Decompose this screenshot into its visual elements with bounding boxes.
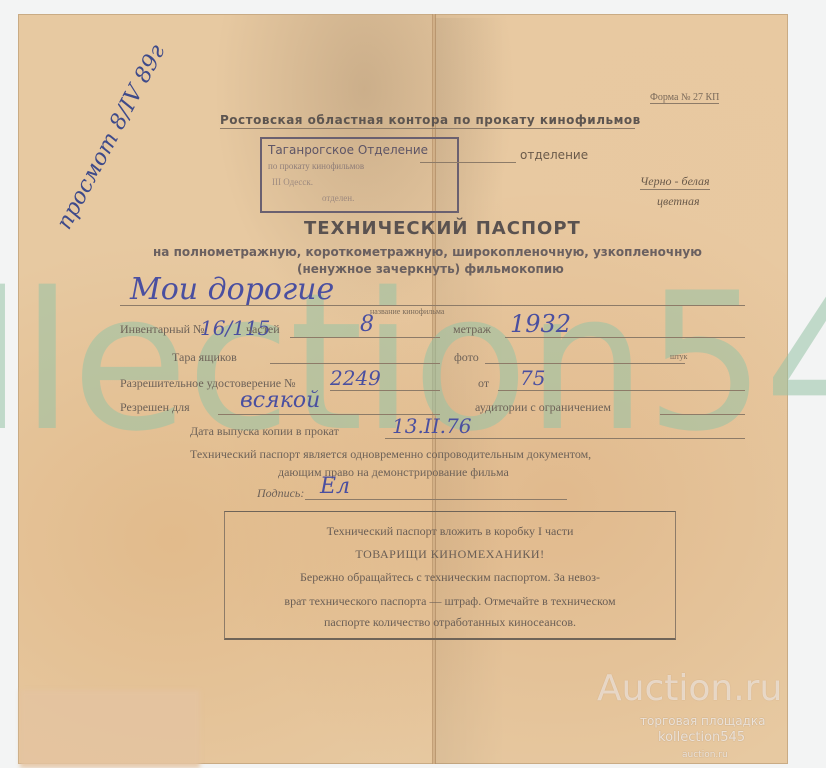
- office-stamp: Таганрогское Отделение по прокату кинофи…: [260, 137, 459, 213]
- footage-value: 1932: [510, 310, 571, 338]
- watermark-site: auction.ru: [682, 750, 728, 760]
- branch-label: отделение: [520, 148, 588, 162]
- signature-label: Подпись:: [257, 486, 304, 501]
- allowed-for-label: Резрешен для: [120, 400, 190, 415]
- release-date-value: 13.II.76: [392, 414, 471, 438]
- boxes-label: Тара ящиков: [172, 350, 237, 365]
- permit-from-value: 75: [520, 366, 545, 390]
- watermark-tagline: торговая площадка: [640, 714, 765, 728]
- organization-header: Ростовская областная контора по прокату …: [220, 113, 641, 127]
- notice-line2: ТОВАРИЩИ КИНОМЕХАНИКИ!: [225, 547, 675, 562]
- signature-value: Ел: [320, 474, 350, 499]
- form-number: Форма № 27 КП: [650, 92, 719, 104]
- document-title: ТЕХНИЧЕСКИЙ ПАСПОРТ: [304, 218, 581, 239]
- watermark-seller: kollection545: [658, 730, 745, 745]
- note-line2: дающим право на демонстрирование фильма: [278, 465, 509, 480]
- inventory-label: Инвентарный №: [120, 322, 205, 337]
- black-white-option: Черно - белая: [640, 174, 710, 190]
- film-title-value: Мои дорогие: [130, 272, 334, 307]
- color-option: цветная: [657, 194, 700, 209]
- notice-line1: Технический паспорт вложить в коробку I …: [225, 524, 675, 539]
- redacted-area: [20, 690, 200, 768]
- notice-line3: Бережно обращайтесь с техническим паспор…: [225, 570, 675, 585]
- notice-box: Технический паспорт вложить в коробку I …: [224, 511, 676, 640]
- footage-label: метраж: [453, 322, 491, 337]
- notice-line5: паспорте количество отработанных киносеа…: [225, 615, 675, 630]
- parts-value: 8: [360, 312, 374, 337]
- photo-label: фото: [454, 350, 479, 365]
- allowed-for-value: всякой: [240, 388, 320, 413]
- permit-value: 2249: [330, 366, 381, 390]
- audience-restriction-label: аудитории с ограничением: [475, 400, 611, 415]
- note-line1: Технический паспорт является одновременн…: [190, 447, 591, 462]
- photo-unit: штук: [670, 352, 687, 361]
- notice-line4: врат технического паспорта — штраф. Отме…: [225, 594, 675, 609]
- subtitle-line1: на полнометражную, короткометражную, шир…: [153, 245, 702, 259]
- film-title-label: название кинофильма: [370, 307, 444, 316]
- release-date-label: Дата выпуска копии в прокат: [190, 424, 339, 439]
- subtitle-line2: (ненужное зачеркнуть) фильмокопию: [297, 262, 564, 276]
- permit-from-label: от: [478, 376, 489, 391]
- parts-label: частей: [246, 322, 280, 337]
- watermark-auction-brand: Auction.ru: [597, 668, 782, 709]
